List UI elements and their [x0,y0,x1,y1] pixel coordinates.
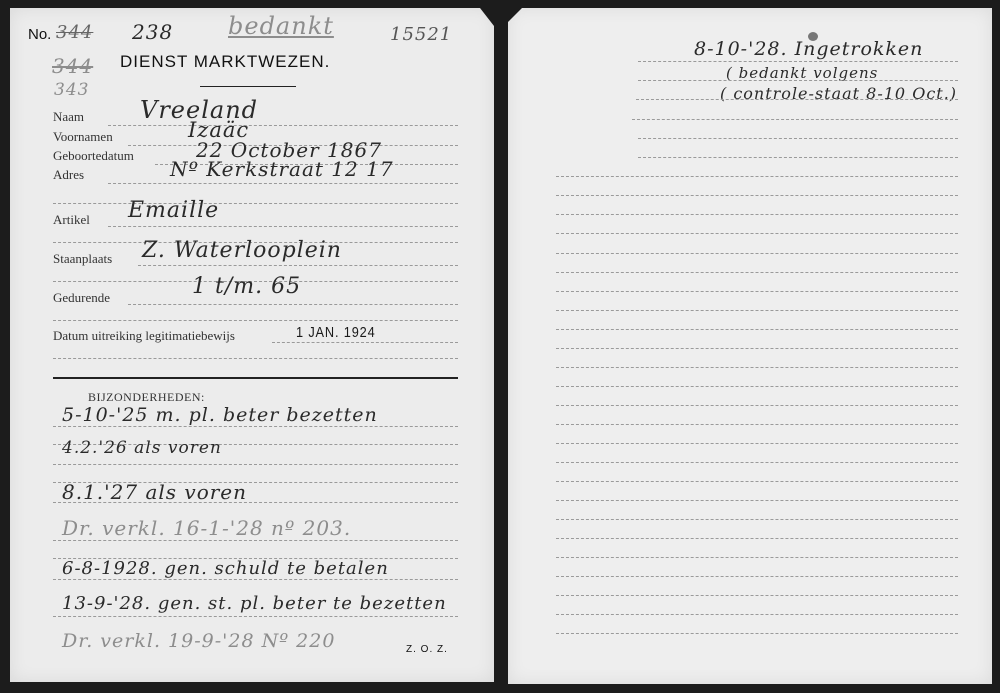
field-label-voornamen: Voornamen [53,129,113,145]
rule [556,614,958,615]
field-value-adres: Nº Kerkstraat 12 17 [170,157,394,181]
rule [556,595,958,596]
rule [632,119,958,120]
field-label-naam: Naam [53,109,84,125]
rule [556,405,958,406]
rule [556,214,958,215]
rule [53,320,458,321]
remark-entry: 8.1.'27 als voren [62,480,247,504]
rule [556,462,958,463]
field-label-geboortedatum: Geboortedatum [53,148,134,164]
struck-number: 343 [54,80,89,100]
remark-entry: Dr. verkl. 19-9-'28 Nº 220 [62,630,335,652]
number-prefix: No. [28,26,51,43]
rule [556,310,958,311]
rule [556,329,958,330]
rule [556,367,958,368]
rule [636,99,958,100]
field-label-datum-uitreiking: Datum uitreiking legitimatiebewijs [53,328,235,344]
rule [556,443,958,444]
annotation-number: 15521 [390,24,452,45]
field-value-gedurende: 1 t/m. 65 [192,274,301,299]
bijzonderheden-heading: BIJZONDERHEDEN: [88,390,205,405]
rule [108,183,458,184]
rule [108,226,458,227]
field-label-staanplaats: Staanplaats [53,251,112,267]
rule [53,358,458,359]
field-value-artikel: Emaille [128,198,219,223]
rule [638,80,958,81]
date-stamp: 1 JAN. 1924 [296,324,376,341]
index-card-back: 8-10-'28. Ingetrokken ( bedankt volgens … [508,8,992,684]
remark-entry: 13-9-'28. gen. st. pl. beter te bezetten [62,593,447,614]
rule [556,253,958,254]
annotation-bedankt: bedankt [228,12,334,40]
rule [53,616,458,617]
rule [556,557,958,558]
rule [638,138,958,139]
rule [638,157,958,158]
field-label-adres: Adres [53,167,84,183]
rule [556,481,958,482]
rule [53,464,458,465]
rule [556,424,958,425]
rule [556,633,958,634]
card-title: DIENST MARKTWEZEN. [120,52,330,72]
field-value-staanplaats: Z. Waterlooplein [142,238,342,263]
zoz-mark: Z. O. Z. [406,644,448,655]
rule [53,502,458,503]
rule [556,519,958,520]
remark-entry: 5-10-'25 m. pl. beter bezetten [62,404,378,426]
remark-entry: 6-8-1928. gen. schuld te betalen [62,558,389,579]
back-entry: 8-10-'28. Ingetrokken [694,38,923,60]
rule [556,500,958,501]
rule [53,540,458,541]
title-underline [200,86,296,87]
rule [53,579,458,580]
rule [556,576,958,577]
rule [556,233,958,234]
struck-number: 344 [52,54,93,78]
field-label-artikel: Artikel [53,212,90,228]
remark-entry: Dr. verkl. 16-1-'28 nº 203. [62,516,351,540]
remark-entry: 4.2.'26 als voren [62,438,222,458]
card-number: 238 [132,20,173,44]
struck-number: 344 [56,22,93,43]
rule [138,265,458,266]
field-label-gedurende: Gedurende [53,290,110,306]
rule [556,176,958,177]
rule [638,61,958,62]
rule [53,203,458,204]
rule [556,348,958,349]
back-entry: ( controle-staat 8-10 Oct.) [720,84,957,103]
rule [556,291,958,292]
rule [556,195,958,196]
rule [128,304,458,305]
rule [272,342,458,343]
section-divider [53,377,458,379]
rule [556,538,958,539]
rule [556,272,958,273]
rule [108,125,458,126]
ink-spot [808,32,818,41]
rule [53,426,458,427]
index-card-front: No. 344 238 bedankt 15521 344 343 DIENST… [10,8,494,682]
rule [556,386,958,387]
